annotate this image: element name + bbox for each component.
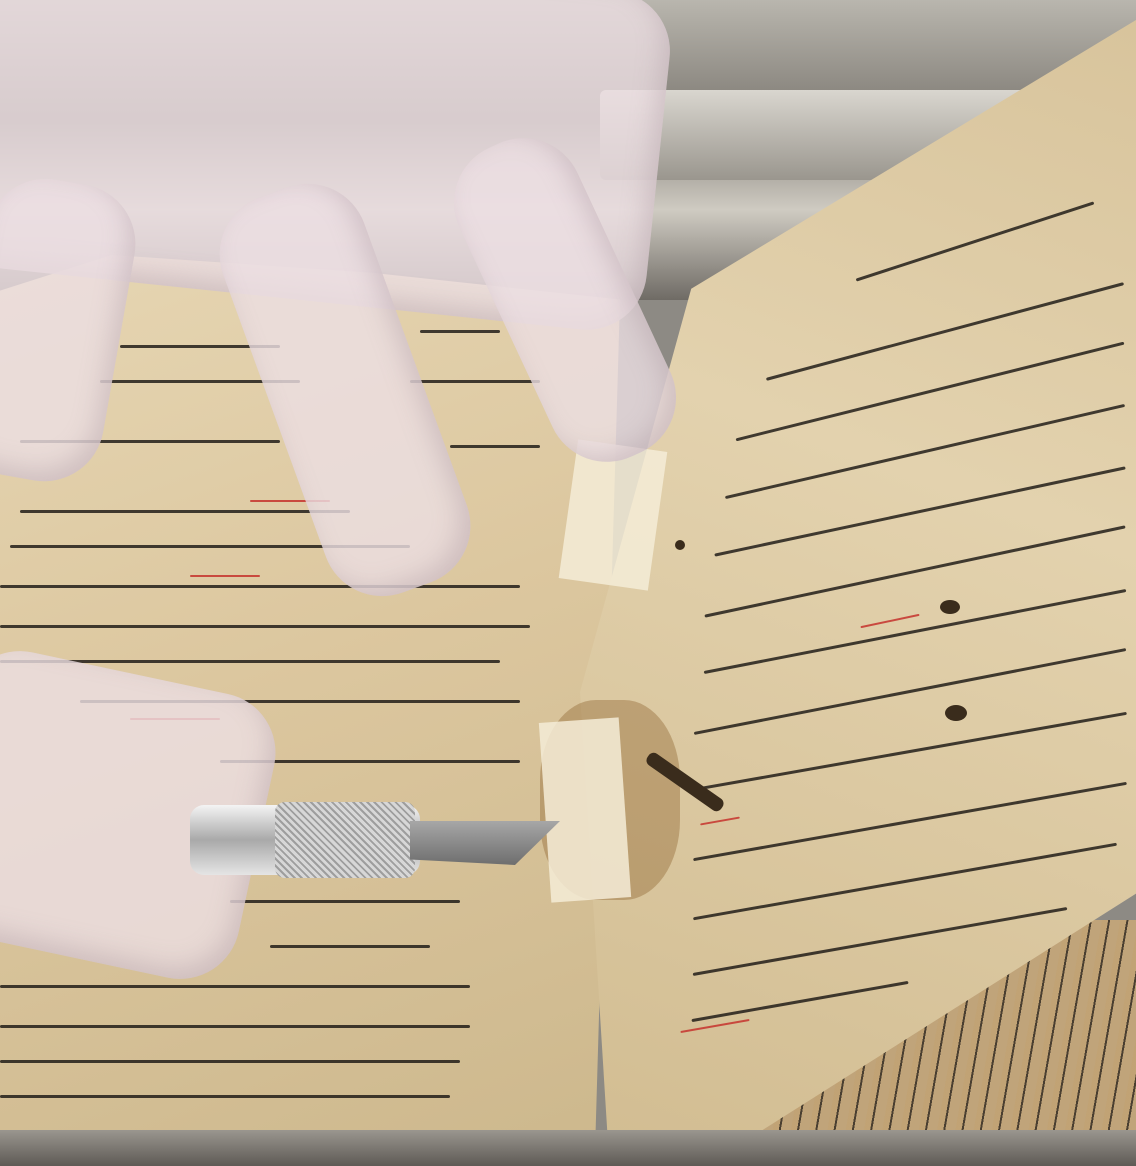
worm-hole (675, 540, 685, 550)
scalpel-knurled-grip (275, 802, 415, 878)
repair-tape-upper (559, 439, 668, 590)
repair-tape-lifted (539, 717, 631, 902)
photo-scene (0, 0, 1136, 1166)
worm-hole (945, 705, 967, 721)
tray-bottom-edge (0, 1130, 1136, 1166)
worm-hole (940, 600, 960, 614)
